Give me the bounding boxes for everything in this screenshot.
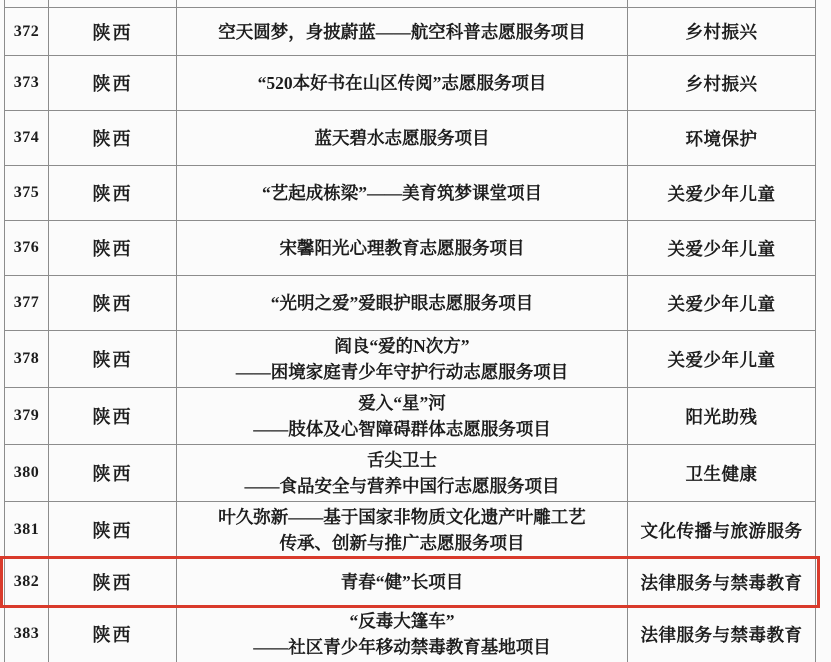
table-row: 374 陕西 蓝天碧水志愿服务项目 环境保护 [4, 111, 816, 166]
project-line: 舌尖卫士 [367, 447, 437, 473]
project-line: ——困境家庭青少年守护行动志愿服务项目 [236, 359, 569, 385]
row-number: 372 [4, 8, 49, 55]
project-name-cell: 空天圆梦，身披蔚蓝——航空科普志愿服务项目 [177, 8, 628, 55]
document-page: 372 陕西 空天圆梦，身披蔚蓝——航空科普志愿服务项目 乡村振兴 373 陕西… [0, 0, 831, 662]
province-cell: 陕西 [49, 56, 177, 110]
province-cell: 陕西 [49, 606, 177, 662]
province-cell: 陕西 [49, 445, 177, 501]
table-row: 382 陕西 青春“健”长项目 法律服务与禁毒教育 [4, 559, 816, 606]
project-name-cell: “艺起成栋梁”——美育筑梦课堂项目 [177, 166, 628, 220]
province-cell: 陕西 [49, 111, 177, 165]
province-cell: 陕西 [49, 331, 177, 387]
category-cell: 乡村振兴 [628, 56, 816, 110]
project-line: 爱入“星”河 [358, 390, 446, 416]
category-cell: 法律服务与禁毒教育 [628, 606, 816, 662]
project-line: 叶久弥新——基于国家非物质文化遗产叶雕工艺 [218, 504, 586, 530]
table-row: 383 陕西 “反毒大篷车”——社区青少年移动禁毒教育基地项目 法律服务与禁毒教… [4, 606, 816, 662]
category-cell: 法律服务与禁毒教育 [628, 559, 816, 605]
row-number: 377 [4, 276, 49, 330]
province-cell: 陕西 [49, 166, 177, 220]
row-number: 380 [4, 445, 49, 501]
category-cell: 乡村振兴 [628, 8, 816, 55]
project-name-cell: 宋馨阳光心理教育志愿服务项目 [177, 221, 628, 275]
province-cell: 陕西 [49, 221, 177, 275]
table-row: 373 陕西 “520本好书在山区传阅”志愿服务项目 乡村振兴 [4, 56, 816, 111]
category-cell: 关爱少年儿童 [628, 331, 816, 387]
project-name-cell: 蓝天碧水志愿服务项目 [177, 111, 628, 165]
project-line: 空天圆梦，身披蔚蓝——航空科普志愿服务项目 [218, 19, 586, 45]
stub-cell [177, 0, 628, 7]
project-name-cell: 阎良“爱的N次方”——困境家庭青少年守护行动志愿服务项目 [177, 331, 628, 387]
table-top-edge [4, 0, 816, 8]
category-cell: 关爱少年儿童 [628, 221, 816, 275]
province-cell: 陕西 [49, 502, 177, 558]
project-line: 阎良“爱的N次方” [334, 333, 469, 359]
row-number: 378 [4, 331, 49, 387]
category-cell: 环境保护 [628, 111, 816, 165]
awards-table-body: 372 陕西 空天圆梦，身披蔚蓝——航空科普志愿服务项目 乡村振兴 373 陕西… [4, 8, 816, 662]
category-cell: 关爱少年儿童 [628, 276, 816, 330]
project-line: “520本好书在山区传阅”志愿服务项目 [258, 70, 547, 96]
row-number: 383 [4, 606, 49, 662]
category-cell: 阳光助残 [628, 388, 816, 444]
table-row: 378 陕西 阎良“爱的N次方”——困境家庭青少年守护行动志愿服务项目 关爱少年… [4, 331, 816, 388]
project-name-cell: “520本好书在山区传阅”志愿服务项目 [177, 56, 628, 110]
province-cell: 陕西 [49, 8, 177, 55]
project-line: ——肢体及心智障碍群体志愿服务项目 [253, 416, 551, 442]
project-line: “反毒大篷车” [350, 608, 455, 634]
row-number: 374 [4, 111, 49, 165]
project-name-cell: “反毒大篷车”——社区青少年移动禁毒教育基地项目 [177, 606, 628, 662]
project-name-cell: “光明之爱”爱眼护眼志愿服务项目 [177, 276, 628, 330]
row-number: 381 [4, 502, 49, 558]
row-number: 375 [4, 166, 49, 220]
province-cell: 陕西 [49, 559, 177, 605]
table-row: 380 陕西 舌尖卫士——食品安全与营养中国行志愿服务项目 卫生健康 [4, 445, 816, 502]
stub-cell [49, 0, 177, 7]
project-line: “光明之爱”爱眼护眼志愿服务项目 [271, 290, 534, 316]
row-number: 376 [4, 221, 49, 275]
province-cell: 陕西 [49, 388, 177, 444]
project-line: “艺起成栋梁”——美育筑梦课堂项目 [262, 180, 542, 206]
project-line: 宋馨阳光心理教育志愿服务项目 [280, 235, 525, 261]
table-row: 381 陕西 叶久弥新——基于国家非物质文化遗产叶雕工艺传承、创新与推广志愿服务… [4, 502, 816, 559]
project-line: ——社区青少年移动禁毒教育基地项目 [253, 634, 551, 660]
project-line: 青春“健”长项目 [341, 569, 464, 595]
table-row: 377 陕西 “光明之爱”爱眼护眼志愿服务项目 关爱少年儿童 [4, 276, 816, 331]
row-number: 382 [4, 559, 49, 605]
project-name-cell: 青春“健”长项目 [177, 559, 628, 605]
awards-table: 372 陕西 空天圆梦，身披蔚蓝——航空科普志愿服务项目 乡村振兴 373 陕西… [4, 0, 816, 662]
category-cell: 卫生健康 [628, 445, 816, 501]
row-number: 373 [4, 56, 49, 110]
table-row: 376 陕西 宋馨阳光心理教育志愿服务项目 关爱少年儿童 [4, 221, 816, 276]
project-name-cell: 舌尖卫士——食品安全与营养中国行志愿服务项目 [177, 445, 628, 501]
table-row: 372 陕西 空天圆梦，身披蔚蓝——航空科普志愿服务项目 乡村振兴 [4, 8, 816, 56]
project-line: 蓝天碧水志愿服务项目 [315, 125, 490, 151]
category-cell: 文化传播与旅游服务 [628, 502, 816, 558]
stub-cell [4, 0, 49, 7]
province-cell: 陕西 [49, 276, 177, 330]
category-cell: 关爱少年儿童 [628, 166, 816, 220]
project-name-cell: 爱入“星”河——肢体及心智障碍群体志愿服务项目 [177, 388, 628, 444]
project-line: ——食品安全与营养中国行志愿服务项目 [245, 473, 560, 499]
project-name-cell: 叶久弥新——基于国家非物质文化遗产叶雕工艺传承、创新与推广志愿服务项目 [177, 502, 628, 558]
row-number: 379 [4, 388, 49, 444]
stub-cell [628, 0, 816, 7]
project-line: 传承、创新与推广志愿服务项目 [280, 530, 525, 556]
table-row: 379 陕西 爱入“星”河——肢体及心智障碍群体志愿服务项目 阳光助残 [4, 388, 816, 445]
table-row: 375 陕西 “艺起成栋梁”——美育筑梦课堂项目 关爱少年儿童 [4, 166, 816, 221]
